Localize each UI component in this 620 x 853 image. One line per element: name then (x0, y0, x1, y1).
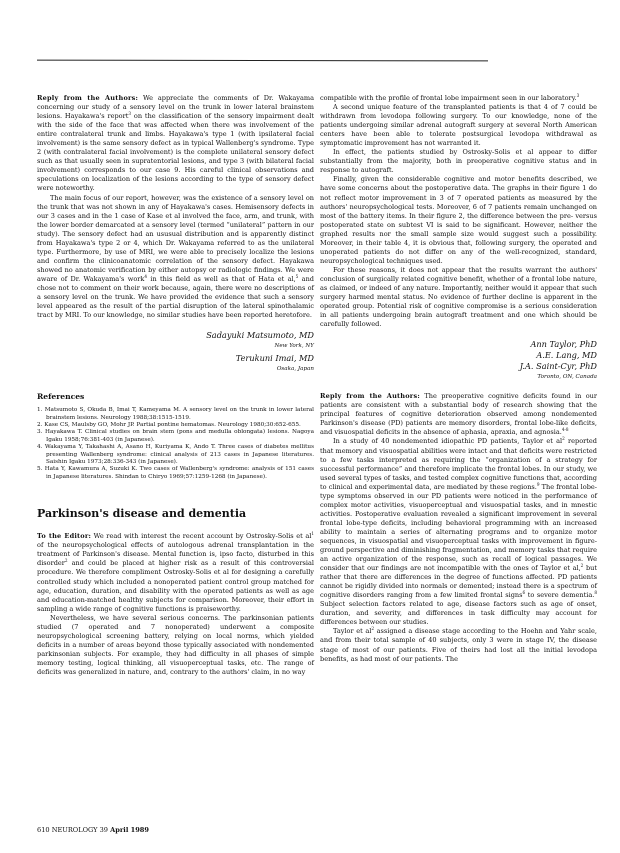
issue-date: April 1989 (110, 826, 149, 834)
reply-paragraph-1: Reply from the Authors: We appreciate th… (37, 94, 314, 194)
reply2-paragraph-3: Taylor et al2 assigned a disease stage a… (320, 627, 597, 663)
letter-paragraph-2: Nevertheless, we have several serious co… (37, 614, 314, 677)
letter-paragraph-6: Finally, given the considerable cognitiv… (320, 175, 597, 265)
reply-paragraph-2: The main focus of our report, however, w… (37, 194, 314, 321)
author-location: New York, NY (37, 341, 314, 351)
letter-paragraph-3: compatible with the profile of frontal l… (320, 94, 597, 103)
page-footer: 610 NEUROLOGY 39 April 1989 (37, 826, 149, 834)
reference-item: 1. Matsumoto S, Okuda B, Imai T, Kameyam… (37, 407, 314, 422)
reply2-paragraph-1: Reply from the Authors: The preoperative… (320, 392, 597, 437)
signature-block: Sadayuki Matsumoto, MD New York, NY Teru… (37, 330, 314, 374)
right-column: compatible with the profile of frontal l… (320, 94, 597, 664)
reply-lead: Reply from the Authors: (320, 392, 420, 400)
letter-paragraph-1: To the Editor: We read with interest the… (37, 532, 314, 613)
reference-item: 4. Wakayama Y, Takahashi A, Asano H, Kur… (37, 444, 314, 466)
author-name: J.A. Saint-Cyr, PhD (320, 361, 597, 372)
letter-paragraph-4: A second unique feature of the transplan… (320, 103, 597, 148)
author-location: Osaka, Japan (37, 364, 314, 374)
journal-name: NEUROLOGY 39 (52, 826, 108, 834)
references-list: 1. Matsumoto S, Okuda B, Imai T, Kameyam… (37, 407, 314, 481)
author-name: A.E. Lang, MD (320, 350, 597, 361)
signature-block: Ann Taylor, PhD A.E. Lang, MD J.A. Saint… (320, 339, 597, 382)
section-title: Parkinson's disease and dementia (37, 507, 314, 521)
author-name: Terukuni Imai, MD (37, 353, 314, 364)
author-name: Ann Taylor, PhD (320, 339, 597, 350)
reply-lead: Reply from the Authors: (37, 94, 138, 102)
author-location: Toronto, ON, Canada (320, 372, 597, 382)
reply2-paragraph-2: In a study of 40 nondemented idiopathic … (320, 437, 597, 627)
top-rule (37, 60, 488, 62)
page-number: 610 (37, 826, 50, 834)
references-heading: References (37, 392, 314, 401)
left-column: Reply from the Authors: We appreciate th… (37, 94, 314, 677)
letter-lead: To the Editor: (37, 532, 91, 540)
reference-item: 5. Hata Y, Kawamura A, Suzuki K. Two cas… (37, 466, 314, 481)
letter-paragraph-7: For these reasons, it does not appear th… (320, 266, 597, 329)
author-name: Sadayuki Matsumoto, MD (37, 330, 314, 341)
letter-paragraph-5: In effect, the patients studied by Ostro… (320, 148, 597, 175)
reference-item: 3. Hayakawa T. Clinical studies on brain… (37, 429, 314, 444)
